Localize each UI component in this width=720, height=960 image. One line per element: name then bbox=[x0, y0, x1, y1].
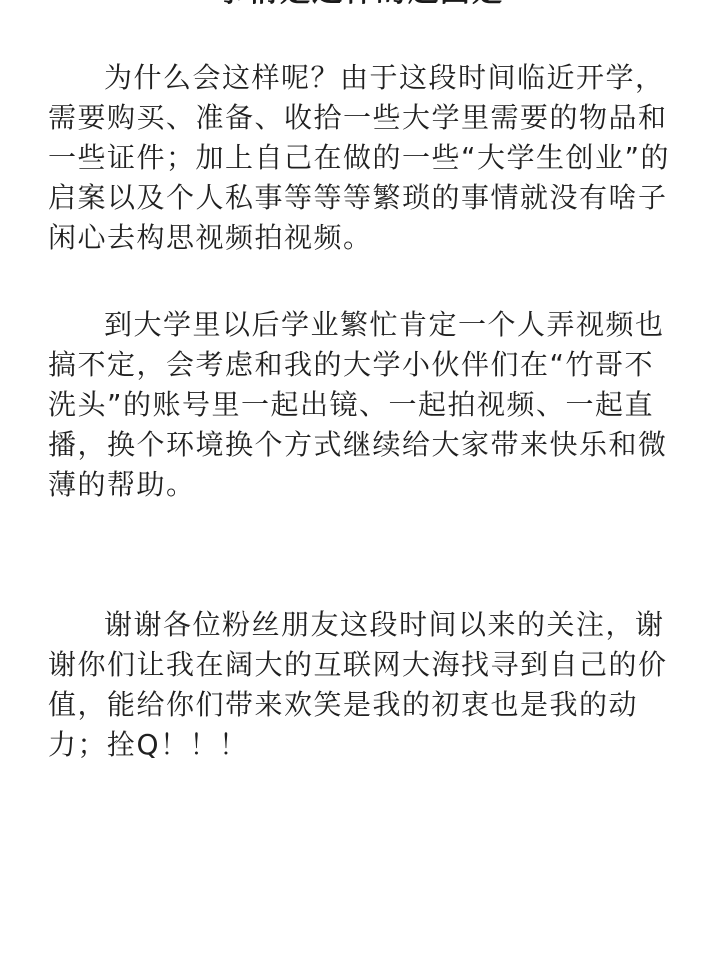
paragraph-thanks: 谢谢各位粉丝朋友这段时间以来的关注，谢谢你们让我在阔大的互联网大海找寻到自己的价… bbox=[48, 605, 676, 765]
paragraph-plans: 到大学里以后学业繁忙肯定一个人弄视频也搞不定，会考虑和我的大学小伙伴们在“竹哥不… bbox=[48, 305, 676, 505]
document-page: 事情是这样的起因是 为什么会这样呢？由于这段时间临近开学，需要购买、准备、收拾一… bbox=[0, 0, 720, 960]
cropped-heading: 事情是这样的起因是 bbox=[0, 0, 720, 10]
paragraph-reason: 为什么会这样呢？由于这段时间临近开学，需要购买、准备、收拾一些大学里需要的物品和… bbox=[48, 58, 676, 258]
